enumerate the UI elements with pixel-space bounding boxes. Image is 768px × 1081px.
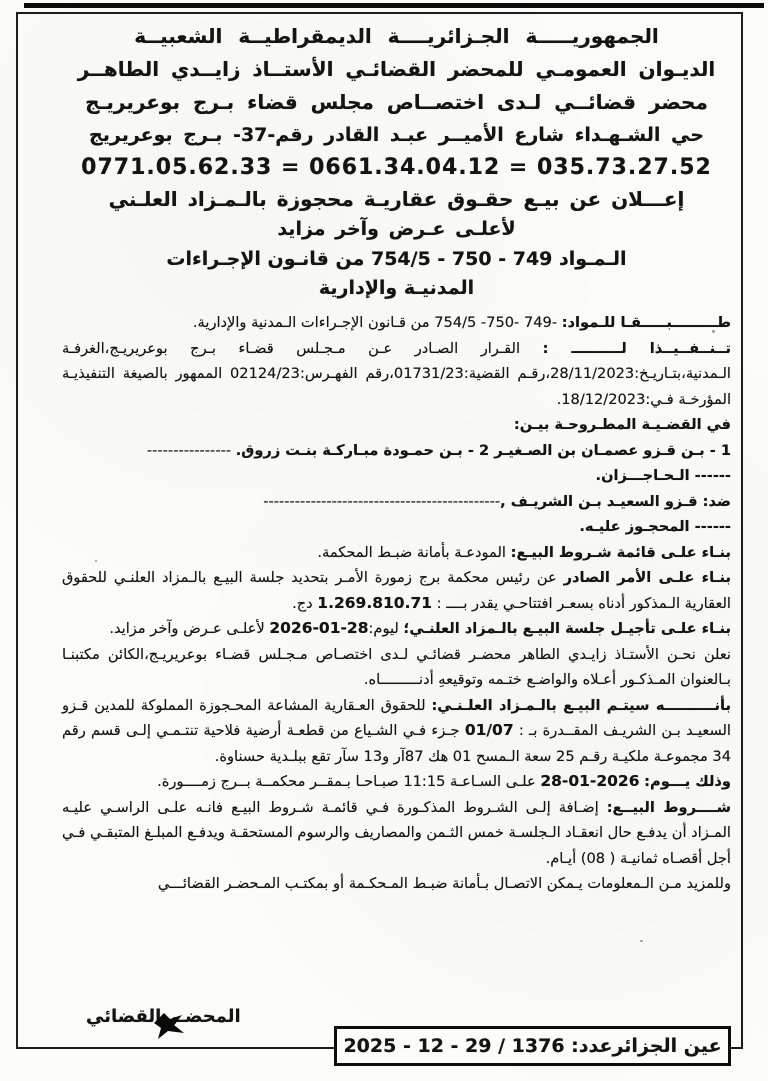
top-rule: [24, 3, 764, 8]
notice-body: طـــــــــبـــــقـا للـمواد: -749 -750- …: [62, 310, 731, 897]
paragraph-case-between: في القضـيـة المطـروحـة بيـن:: [62, 412, 731, 438]
office-address: حي الشـهـداء شارع الأميــر عبـد القادر ر…: [62, 119, 731, 152]
legal-articles-line2: المدنيـة والإدارية: [62, 274, 731, 303]
paragraph-execution: تــنــفــيــذا لــــــــــ : القـرار الص…: [62, 336, 731, 413]
scan-speck: [712, 330, 715, 333]
paragraph-text: دج.: [292, 595, 317, 612]
paragraph-session-datetime: وذلك يـــوم: 28-01-2026 علـى السـاعـة ‎1…: [62, 769, 731, 795]
paragraph-sale-conditions-list: بنـاء علـى قائمة شـروط البيـع: المودعـة …: [62, 540, 731, 566]
paragraph-lead: في القضـيـة المطـروحـة بيـن:: [514, 416, 731, 433]
bailiff-office-name: الديـوان العمومـي للمحضر القضائـي الأستـ…: [62, 53, 731, 86]
phone-numbers: 0771.05.62.33 = 0661.34.04.12 = 035.73.2…: [62, 152, 731, 184]
notice-subtitle: لأعلـى عـرض وآخر مزايد: [62, 215, 731, 244]
scan-speck: [640, 940, 643, 942]
paragraph-text: ليوم:: [369, 620, 404, 637]
bailiff-jurisdiction: محضر قضائــي لـدى اختصــاص مجلس قضاء بـر…: [62, 86, 731, 119]
paragraph-lead: طـــــــــبـــــقـا للـمواد:: [562, 314, 731, 331]
scan-speck: [95, 560, 97, 562]
auction-date-value: 2026-01-28: [269, 619, 368, 637]
paragraph-text: نعلن نحـن الأستـاذ زايـدي الطاهر محضـر ق…: [62, 646, 731, 689]
paragraph-announcement: نعلن نحـن الأستـاذ زايـدي الطاهر محضـر ق…: [62, 642, 731, 693]
paragraph-text: علـى السـاعـة ‎11:15‎ صبـاحـا بـمقــر مح…: [157, 773, 540, 790]
newspaper-issue-text: عين الجزائرعدد: 1376 / 29 - 12 - 2025: [343, 1035, 721, 1057]
paragraph-text: ----------------: [147, 442, 236, 459]
paragraph-text: المودعـة بأمانة ضبـط المحكمة.: [317, 544, 510, 561]
paragraph-lead: بنـاء علـى الأمر الصادر: [564, 569, 731, 586]
paragraph-lead: ------ الـحـاجـــزان.: [596, 467, 731, 484]
paragraph-more-info: وللمزيد مـن الـمعلومات يـمكن الاتصـال بـ…: [62, 871, 731, 897]
paragraph-text: ----------------------------------------…: [263, 493, 500, 510]
notice-title: إعـــلان عن بيـع حقـوق عقاريـة محجوزة با…: [62, 184, 731, 215]
paragraph-seizing-label: ------ الـحـاجـــزان.: [62, 463, 731, 489]
paragraph-text: -749 -750- ‎754/5‎ من قـانون الإجـراءات …: [193, 314, 562, 331]
paragraph-lead: تــنــفــيــذا لــــــــــ :: [543, 340, 731, 357]
paragraph-postponement: بنـاء علـى تأجيـل جلسة البيـع بالـمزاد ا…: [62, 616, 731, 642]
notice-border-frame: الجمهوريـــــة الجـزائريــــة الديمقراطي…: [16, 12, 743, 1049]
notice-content: الجمهوريـــــة الجـزائريــــة الديمقراطي…: [18, 14, 741, 1047]
republic-header: الجمهوريـــــة الجـزائريــــة الديمقراطي…: [62, 20, 731, 53]
paragraph-payment-terms: شــــروط البيــع: إضـافة إلـى الشـروط ال…: [62, 795, 731, 872]
paragraph-lead: ------ المحجـوز عليـه.: [579, 518, 731, 535]
paragraph-text: وللمزيد مـن الـمعلومات يـمكن الاتصـال بـ…: [158, 875, 731, 892]
paragraph-opening-price: بنـاء علـى الأمر الصادر عن رئيس محكمة بر…: [62, 565, 731, 616]
paragraph-lead: بنـاء علـى قائمة شـروط البيـع:: [511, 544, 731, 561]
paragraph-lead: بأنــــــــــه سيتـم البيـع بالـمـزاد ال…: [431, 697, 731, 714]
paragraph-lead: شــــروط البيــع:: [607, 799, 731, 816]
legal-articles-line: الـمـواد 749 - 750 - ‎754/5‎ من قانـون ا…: [62, 244, 731, 274]
paragraph-property-description: بأنــــــــــه سيتـم البيـع بالـمـزاد ال…: [62, 693, 731, 770]
paragraph-lead: وذلك يـــوم:: [644, 773, 731, 790]
share-fraction-value: 01/07: [465, 721, 514, 739]
opening-price-value: 1.269.810.71: [317, 594, 432, 612]
paragraph-seizing-parties: 1 - بـن قـزو عصمـان بن الصـغيـر 2 - بـن …: [62, 438, 731, 464]
scanned-legal-notice-page: الجمهوريـــــة الجـزائريــــة الديمقراطي…: [0, 0, 768, 1081]
paragraph-seized-label: ------ المحجـوز عليـه.: [62, 514, 731, 540]
paragraph-lead: 1 - بـن قـزو عصمـان بن الصـغيـر 2 - بـن …: [236, 442, 731, 459]
paragraph-text: لأعلـى عـرض وآخر مزايد.: [109, 620, 269, 637]
paragraph-lead: بنـاء علـى تأجيـل جلسة البيـع بالـمزاد ا…: [403, 620, 731, 637]
paragraph-articles: طـــــــــبـــــقـا للـمواد: -749 -750- …: [62, 310, 731, 336]
ink-stamp-mark: [148, 1009, 186, 1041]
paragraph-lead: ضد: قـزو السعيـد بـن الشريـف ,: [500, 493, 731, 510]
paragraph-defendant: ضد: قـزو السعيـد بـن الشريـف ,----------…: [62, 489, 731, 515]
newspaper-issue-box: عين الجزائرعدد: 1376 / 29 - 12 - 2025: [334, 1026, 731, 1066]
session-date-value: 28-01-2026: [540, 772, 639, 790]
